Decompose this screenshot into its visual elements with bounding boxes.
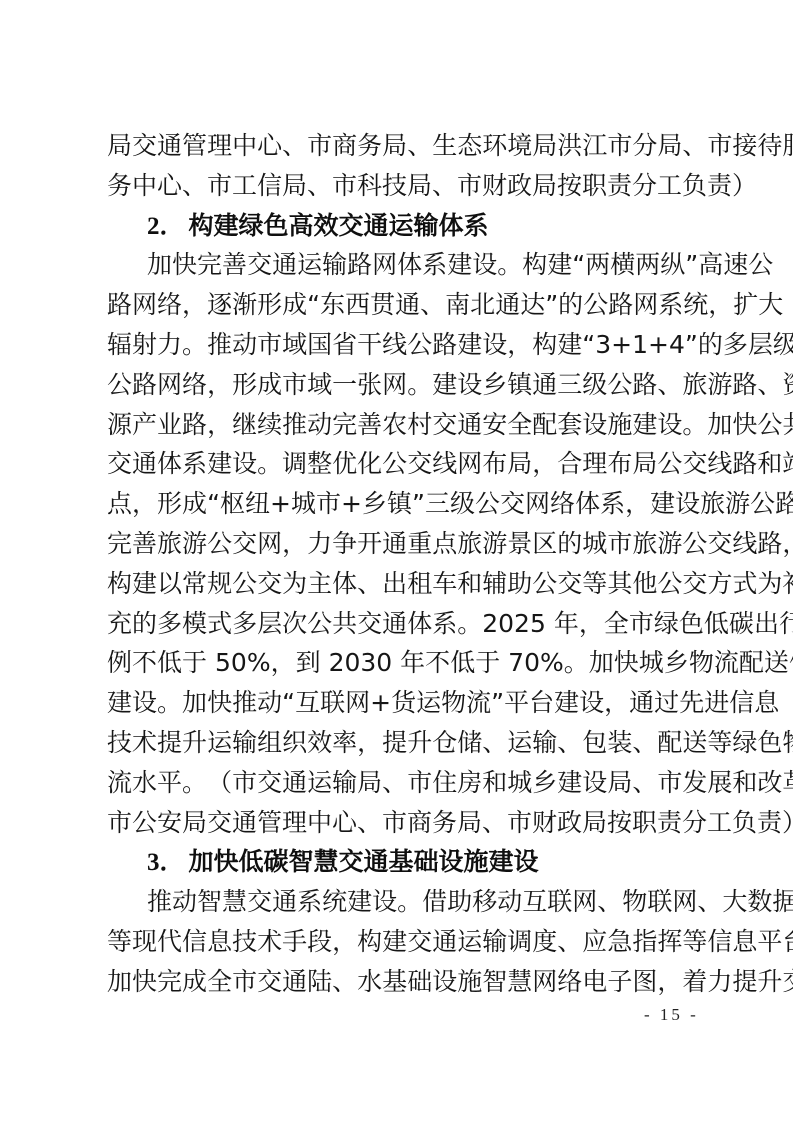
body-line-13: 充的多模式多层次公共交通体系。2025 年，全市绿色低碳出行比	[107, 604, 698, 644]
section-number: 3．	[147, 849, 185, 876]
body-line-7: 公路网络，形成市域一张网。建设乡镇通三级公路、旅游路、资	[107, 365, 698, 405]
section-title: 构建绿色高效交通运输体系	[189, 211, 489, 240]
body-line-1: 局交通管理中心、市商务局、生态环境局洪江市分局、市接待服	[107, 126, 698, 166]
body-line-12: 构建以常规公交为主体、出租车和辅助公交等其他公交方式为补	[107, 564, 698, 604]
body-line-8: 源产业路，继续推动完善农村交通安全配套设施建设。加快公共	[107, 405, 698, 445]
body-line-16: 技术提升运输组织效率，提升仓储、运输、包装、配送等绿色物	[107, 723, 698, 763]
section-heading-2: 2．构建绿色高效交通运输体系	[107, 206, 698, 246]
body-line-2: 务中心、市工信局、市科技局、市财政局按职责分工负责）	[107, 166, 698, 206]
body-line-6: 辐射力。推动市域国省干线公路建设，构建“3+1+4”的多层级	[107, 325, 698, 365]
body-line-11: 完善旅游公交网，力争开通重点旅游景区的城市旅游公交线路，	[107, 524, 698, 564]
paragraph-start: 加快完善交通运输路网体系建设。构建“两横两纵”高速公	[107, 245, 698, 285]
body-line-15: 建设。加快推动“互联网+货运物流”平台建设，通过先进信息	[107, 683, 698, 723]
body-line-18: 市公安局交通管理中心、市商务局、市财政局按职责分工负责）	[107, 803, 698, 843]
document-body: 局交通管理中心、市商务局、生态环境局洪江市分局、市接待服 务中心、市工信局、市科…	[107, 126, 698, 1002]
body-line-5: 路网络，逐渐形成“东西贯通、南北通达”的公路网系统，扩大	[107, 285, 698, 325]
body-line-14: 例不低于 50%，到 2030 年不低于 70%。加快城乡物流配送体系	[107, 643, 698, 683]
page-number: - 15 -	[644, 1005, 699, 1025]
body-line-17: 流水平。（市交通运输局、市住房和城乡建设局、市发展和改革局、	[107, 763, 698, 803]
body-line-9: 交通体系建设。调整优化公交线网布局，合理布局公交线路和站	[107, 444, 698, 484]
section-title: 加快低碳智慧交通基础设施建设	[189, 847, 539, 876]
body-line-21: 等现代信息技术手段，构建交通运输调度、应急指挥等信息平台，	[107, 922, 698, 962]
section-heading-3: 3．加快低碳智慧交通基础设施建设	[107, 842, 698, 882]
section-number: 2．	[147, 213, 185, 240]
body-line-22: 加快完成全市交通陆、水基础设施智慧网络电子图，着力提升交	[107, 962, 698, 1002]
body-line-10: 点，形成“枢纽+城市+乡镇”三级公交网络体系，建设旅游公路，	[107, 484, 698, 524]
document-page: 局交通管理中心、市商务局、生态环境局洪江市分局、市接待服 务中心、市工信局、市科…	[0, 0, 793, 1122]
paragraph-start: 推动智慧交通系统建设。借助移动互联网、物联网、大数据	[107, 882, 698, 922]
